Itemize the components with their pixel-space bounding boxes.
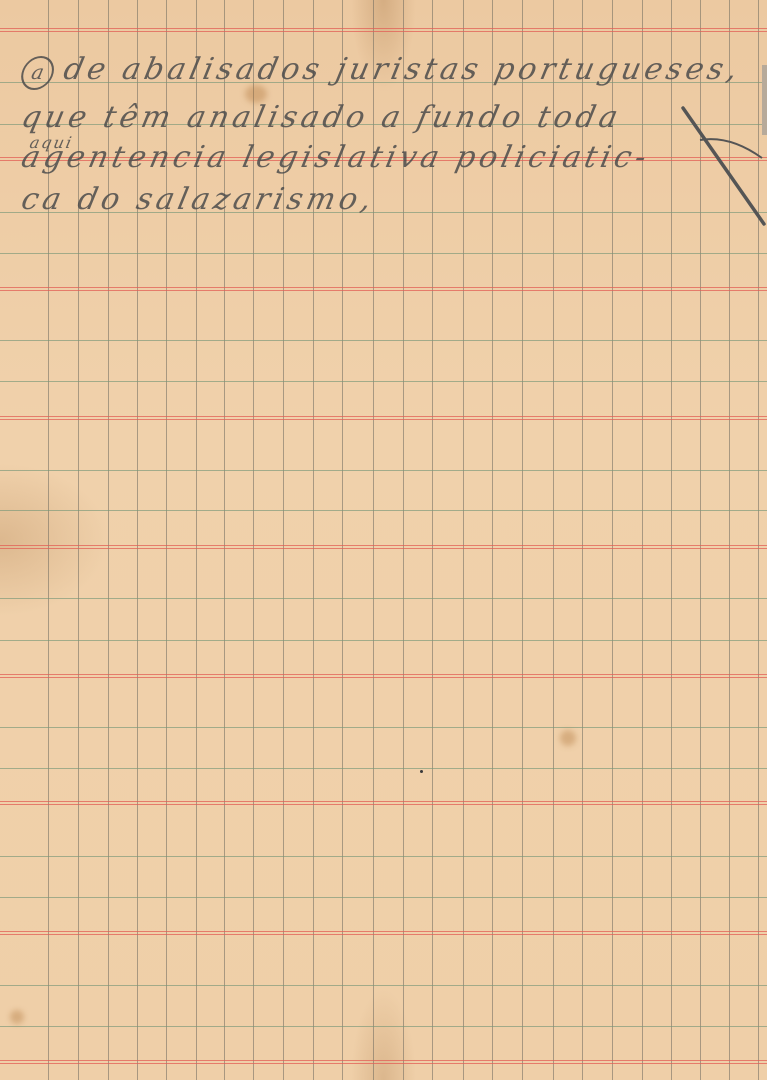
ledger-page: ade abalisados juristas portugueses, que…: [0, 0, 767, 1080]
pencil-strike-mark: [0, 0, 767, 1080]
